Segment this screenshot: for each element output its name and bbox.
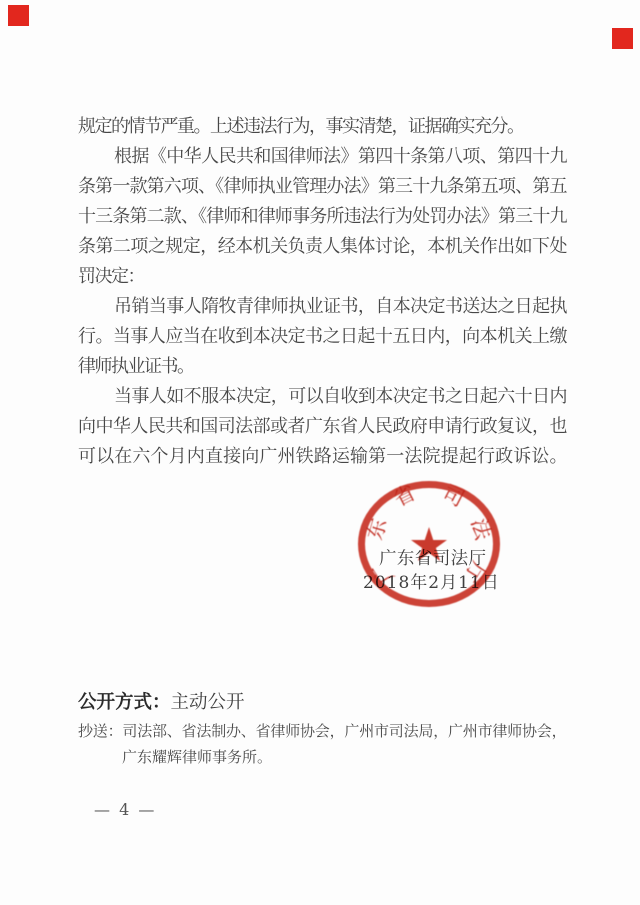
- body-line: 十三条第二款、《律师和律师事务所违法行为处罚办法》第三十九: [78, 202, 566, 232]
- cc-line-1: 抄送：司法部、省法制办、省律师协会，广州市司法局，广州市律师协会，: [78, 720, 566, 741]
- body-line: 可以在六个月内直接向广州铁路运输第一法院提起行政诉讼。: [78, 442, 566, 472]
- official-seal: 广东省司法厅: [355, 478, 503, 610]
- red-corner-mark-right: [612, 28, 633, 49]
- body-line: 条第二项之规定，经本机关负责人集体讨论，本机关作出如下处: [78, 232, 566, 262]
- body-line: 吊销当事人隋牧青律师执业证书，自本决定书送达之日起执: [78, 292, 566, 322]
- cc-line-2: 广东耀辉律师事务所。: [122, 746, 272, 767]
- disclosure-value: 主动公开: [171, 692, 245, 713]
- body-line: 规定的情节严重。上述违法行为，事实清楚，证据确实充分。: [78, 112, 566, 142]
- body-line: 律师执业证书。: [78, 352, 566, 382]
- body-line: 条第一款第六项、《律师执业管理办法》第三十九条第五项、第五: [78, 172, 566, 202]
- page-number: — 4 —: [94, 800, 156, 819]
- body-line: 向中华人民共和国司法部或者广东省人民政府申请行政复议，也: [78, 412, 566, 442]
- document-body: 规定的情节严重。上述违法行为，事实清楚，证据确实充分。根据《中华人民共和国律师法…: [78, 112, 566, 472]
- document-page: 规定的情节严重。上述违法行为，事实清楚，证据确实充分。根据《中华人民共和国律师法…: [0, 0, 640, 905]
- body-line: 罚决定：: [78, 262, 566, 292]
- body-line: 当事人如不服本决定，可以自收到本决定书之日起六十日内: [78, 382, 566, 412]
- disclosure-line: 公开方式：主动公开: [78, 688, 245, 714]
- body-line: 根据《中华人民共和国律师法》第四十条第八项、第四十九: [78, 142, 566, 172]
- red-corner-mark-left: [8, 5, 29, 26]
- disclosure-label: 公开方式：: [78, 692, 171, 713]
- body-line: 行。当事人应当在收到本决定书之日起十五日内，向本机关上缴: [78, 322, 566, 352]
